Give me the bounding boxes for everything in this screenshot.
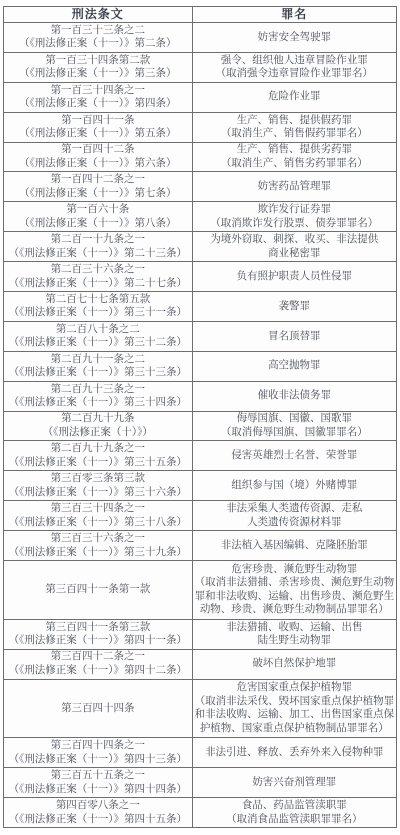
cell-line: 非法猎捕、收购、运输、出售 [195, 621, 394, 635]
crime-name-cell: 催收非法债务罪 [192, 381, 396, 411]
cell-line: （取消非法猎捕、杀害珍贵、濒危野生动物 [195, 576, 394, 590]
crime-name-cell: 生产、销售、提供假药罪（取消生产、销售假药罪罪名） [192, 112, 396, 142]
table-row: 第二百七十七条第五款（《刑法修正案（十一）》第三十一条）袭警罪 [4, 292, 397, 322]
crime-name-cell: 非法猎捕、收购、运输、出售陆生野生动物罪 [192, 619, 396, 649]
table-row: 第三百五十五条之一（《刑法修正案（十一）》第四十四条）妨害兴奋剂管理罪 [4, 768, 397, 798]
law-article-cell: 第三百四十四条之一（《刑法修正案（十一）》第四十三条） [4, 738, 193, 768]
table-row: 第三百四十一条第一款危害珍贵、濒危野生动物罪（取消非法猎捕、杀害珍贵、濒危野生动… [4, 561, 397, 620]
law-article-cell: 第三百三十六条之一（《刑法修正案（十一）》第三十九条） [4, 531, 193, 561]
table-row: 第二百八十条之二（《刑法修正案（十一）》第三十二条）冒名顶替罪 [4, 321, 397, 351]
cell-line: 非法采集人类遗传资源、走私 [195, 502, 394, 516]
cell-line: 第一百四十二条 [6, 143, 190, 157]
table-row: 第二百九十一条之二（《刑法修正案（十一）》第三十三条）高空抛物罪 [4, 351, 397, 381]
law-article-cell: 第二百一十九条之一（《刑法修正案（十一）》第二十三条） [4, 232, 193, 262]
table-row: 第一百四十二条（《刑法修正案（十一）》第六条）生产、销售、提供劣药罪（取消生产、… [4, 142, 397, 172]
crime-name-cell: 高空抛物罪 [192, 351, 396, 381]
cell-line: 妨害安全驾驶罪 [195, 31, 394, 45]
cell-line: （《刑法修正案（十一）》第四条） [6, 97, 190, 111]
cell-line: 第一百四十二条之一 [6, 173, 190, 187]
table-row: 第二百九十九条（《刑法修正案（十）》）侮辱国旗、国徽、国歌罪（取消侮辱国旗、国徽… [4, 411, 397, 441]
law-article-cell: 第三百零三条第三款（《刑法修正案（十一）》第三十六条） [4, 471, 193, 501]
cell-line: 第三百四十二条之一 [6, 650, 190, 664]
cell-line: 侵害英雄烈士名誉、荣誉罪 [195, 449, 394, 463]
table-row: 第三百四十二条之一（《刑法修正案（十一）》第四十二条）破坏自然保护地罪 [4, 649, 397, 679]
table-row: 第二百三十六条之一（《刑法修正案（十一）》第二十七条）负有照护职责人员性侵罪 [4, 262, 397, 292]
cell-line: 第一百三十三条之二 [6, 24, 190, 38]
law-article-cell: 第二百九十三条之一（《刑法修正案（十一）》第三十四条） [4, 381, 193, 411]
cell-line: 危害珍贵、濒危野生动物罪 [195, 563, 394, 577]
crime-name-cell: 组织参与国（境）外赌博罪 [192, 471, 396, 501]
cell-line: （《刑法修正案（十一）》第三十六条） [6, 486, 190, 500]
law-article-cell: 第三百三十四条之一（《刑法修正案（十一）》第三十八条） [4, 501, 193, 531]
cell-line: （取消侮辱国旗、国徽罪罪名） [195, 426, 394, 440]
table-row: 第一百四十二条之一（《刑法修正案（十一）》第七条）妨害药品管理罪 [4, 172, 397, 202]
table-row: 第三百四十四条危害国家重点保护植物罪（取消非法采伐、毁坏国家重点保护植物罪和非法… [4, 679, 397, 738]
law-article-cell: 第一百四十一条（《刑法修正案（十一）》第五条） [4, 112, 193, 142]
cell-line: 危害国家重点保护植物罪 [195, 681, 394, 695]
cell-line: 第二百九十九条之一 [6, 442, 190, 456]
cell-line: 第三百五十五条之一 [6, 769, 190, 783]
crime-name-cell: 袭警罪 [192, 292, 396, 322]
cell-line: （《刑法修正案（十一）》第三十五条） [6, 456, 190, 470]
cell-line: （《刑法修正案（十一）》第三十一条） [6, 306, 190, 320]
cell-line: 人类遗传资源材料罪 [195, 516, 394, 530]
cell-line: （《刑法修正案（十一）》第四十一条） [6, 634, 190, 648]
law-article-cell: 第四百零八条之一（《刑法修正案（十一）》第四十五条） [4, 798, 193, 828]
cell-line: （《刑法修正案（十一）》第二十三条） [6, 247, 190, 261]
cell-line: 非法引进、释放、丢弃外来入侵物种罪 [195, 746, 394, 760]
cell-line: 冒名顶替罪 [195, 330, 394, 344]
law-article-cell: 第一百三十四条之一（《刑法修正案（十一）》第四条） [4, 82, 193, 112]
crime-name-cell: 非法引进、释放、丢弃外来入侵物种罪 [192, 738, 396, 768]
cell-line: 第二百八十条之二 [6, 323, 190, 337]
cell-line: 破坏自然保护地罪 [195, 657, 394, 671]
cell-line: （《刑法修正案（十一）》第六条） [6, 157, 190, 171]
cell-line: 危险作业罪 [195, 90, 394, 104]
page: 刑法条文 罪名 第一百三十三条之二（《刑法修正案（十一）》第二条）妨害安全驾驶罪… [0, 0, 400, 835]
table-row: 第一百三十三条之二（《刑法修正案（十一）》第二条）妨害安全驾驶罪 [4, 23, 397, 53]
law-article-cell: 第一百四十二条（《刑法修正案（十一）》第六条） [4, 142, 193, 172]
cell-line: 第二百一十九条之一 [6, 233, 190, 247]
crime-name-cell: 生产、销售、提供劣药罪（取消生产、销售劣药罪罪名） [192, 142, 396, 172]
crime-name-cell: 侮辱国旗、国徽、国歌罪（取消侮辱国旗、国徽罪罪名） [192, 411, 396, 441]
cell-line: 食品、药品监管渎职罪 [195, 799, 394, 813]
cell-line: （取消欺诈发行股票、债券罪罪名） [195, 217, 394, 231]
cell-line: 第三百三十四条之一 [6, 502, 190, 516]
crime-name-cell: 危险作业罪 [192, 82, 396, 112]
cell-line: （《刑法修正案（十一）》第二十七条） [6, 277, 190, 291]
crime-name-cell: 为境外窃取、刺探、收买、非法提供商业秘密罪 [192, 232, 396, 262]
cell-line: 第一百四十一条 [6, 114, 190, 128]
cell-line: 第二百九十三条之一 [6, 383, 190, 397]
cell-line: （《刑法修正案（十一）》第四十五条） [6, 813, 190, 827]
crime-name-cell: 食品、药品监管渎职罪（取消食品监管渎职罪罪名） [192, 798, 396, 828]
crime-name-cell: 非法植入基因编辑、克隆胚胎罪 [192, 531, 396, 561]
crime-name-cell: 危害珍贵、濒危野生动物罪（取消非法猎捕、杀害珍贵、濒危野生动物罪和非法收购、运输… [192, 561, 396, 620]
crime-name-cell: 强令、组织他人违章冒险作业罪（取消强令违章冒险作业罪罪名） [192, 52, 396, 82]
cell-line: 动物、珍贵、濒危野生动物制品罪罪名） [195, 603, 394, 617]
cell-line: 第三百零三条第三款 [6, 472, 190, 486]
law-article-cell: 第二百七十七条第五款（《刑法修正案（十一）》第三十一条） [4, 292, 193, 322]
cell-line: 欺诈发行证券罪 [195, 203, 394, 217]
cell-line: （《刑法修正案（十一）》第二条） [6, 37, 190, 51]
cell-line: （《刑法修正案（十一）》第三十四条） [6, 396, 190, 410]
law-article-cell: 第三百四十一条第三款（《刑法修正案（十一）》第四十一条） [4, 619, 193, 649]
cell-line: 和非法收购、运输、加工、出售国家重点保 [195, 708, 394, 722]
cell-line: 第三百四十四条之一 [6, 739, 190, 753]
cell-line: （《刑法修正案（十一）》第三十三条） [6, 366, 190, 380]
law-article-cell: 第一百三十三条之二（《刑法修正案（十一）》第二条） [4, 23, 193, 53]
column-header-crime-name: 罪名 [192, 7, 396, 23]
cell-line: （《刑法修正案（十一）》第四十二条） [6, 664, 190, 678]
cell-line: 为境外窃取、刺探、收买、非法提供 [195, 233, 394, 247]
cell-line: 陆生野生动物罪 [195, 634, 394, 648]
cell-line: 生产、销售、提供劣药罪 [195, 143, 394, 157]
cell-line: 强令、组织他人违章冒险作业罪 [195, 54, 394, 68]
table-row: 第四百零八条之一（《刑法修正案（十一）》第四十五条）食品、药品监管渎职罪（取消食… [4, 798, 397, 828]
cell-line: 第三百四十一条第三款 [6, 621, 190, 635]
table-row: 第二百九十三条之一（《刑法修正案（十一）》第三十四条）催收非法债务罪 [4, 381, 397, 411]
table-row: 第三百四十一条第三款（《刑法修正案（十一）》第四十一条）非法猎捕、收购、运输、出… [4, 619, 397, 649]
cell-line: 第一百三十四条之一 [6, 84, 190, 98]
cell-line: 第三百三十六条之一 [6, 532, 190, 546]
table-row: 第二百一十九条之一（《刑法修正案（十一）》第二十三条）为境外窃取、刺探、收买、非… [4, 232, 397, 262]
law-article-cell: 第二百九十九条（《刑法修正案（十）》） [4, 411, 193, 441]
cell-line: 非法植入基因编辑、克隆胚胎罪 [195, 539, 394, 553]
cell-line: （《刑法修正案（十）》） [6, 426, 190, 440]
cell-line: （《刑法修正案（十一）》第三十八条） [6, 516, 190, 530]
cell-line: （《刑法修正案（十一）》第三十二条） [6, 336, 190, 350]
crime-name-cell: 妨害药品管理罪 [192, 172, 396, 202]
law-article-cell: 第二百三十六条之一（《刑法修正案（十一）》第二十七条） [4, 262, 193, 292]
cell-line: （《刑法修正案（十一）》第四十四条） [6, 783, 190, 797]
law-article-cell: 第二百九十九条之一（《刑法修正案（十一）》第三十五条） [4, 441, 193, 471]
cell-line: 催收非法债务罪 [195, 389, 394, 403]
table-body: 第一百三十三条之二（《刑法修正案（十一）》第二条）妨害安全驾驶罪第一百三十四条第… [4, 23, 397, 828]
cell-line: （《刑法修正案（十一）》第三十九条） [6, 546, 190, 560]
cell-line: （取消强令违章冒险作业罪罪名） [195, 67, 394, 81]
law-article-cell: 第三百五十五条之一（《刑法修正案（十一）》第四十四条） [4, 768, 193, 798]
cell-line: 护植物、国家重点保护植物制品罪罪名） [195, 722, 394, 736]
law-article-cell: 第三百四十一条第一款 [4, 561, 193, 620]
column-header-law-article: 刑法条文 [4, 7, 193, 23]
cell-line: 生产、销售、提供假药罪 [195, 114, 394, 128]
cell-line: 第一百三十四条第二款 [6, 54, 190, 68]
table-row: 第一百三十四条之一（《刑法修正案（十一）》第四条）危险作业罪 [4, 82, 397, 112]
cell-line: 第三百四十四条 [6, 702, 190, 716]
cell-line: （《刑法修正案（十一）》第四十三条） [6, 753, 190, 767]
cell-line: 第二百七十七条第五款 [6, 293, 190, 307]
cell-line: （《刑法修正案（十一）》第五条） [6, 127, 190, 141]
table-row: 第三百零三条第三款（《刑法修正案（十一）》第三十六条）组织参与国（境）外赌博罪 [4, 471, 397, 501]
law-article-cell: 第三百四十二条之一（《刑法修正案（十一）》第四十二条） [4, 649, 193, 679]
crime-name-cell: 破坏自然保护地罪 [192, 649, 396, 679]
table-row: 第一百四十一条（《刑法修正案（十一）》第五条）生产、销售、提供假药罪（取消生产、… [4, 112, 397, 142]
law-article-cell: 第一百六十条（《刑法修正案（十一）》第八条） [4, 202, 193, 232]
cell-line: 妨害药品管理罪 [195, 180, 394, 194]
cell-line: 高空抛物罪 [195, 359, 394, 373]
crime-name-cell: 欺诈发行证券罪（取消欺诈发行股票、债券罪罪名） [192, 202, 396, 232]
cell-line: 袭警罪 [195, 300, 394, 314]
cell-line: 第三百四十一条第一款 [6, 583, 190, 597]
table-row: 第三百三十六条之一（《刑法修正案（十一）》第三十九条）非法植入基因编辑、克隆胚胎… [4, 531, 397, 561]
law-article-cell: 第二百八十条之二（《刑法修正案（十一）》第三十二条） [4, 321, 193, 351]
cell-line: 商业秘密罪 [195, 247, 394, 261]
crime-name-cell: 妨害兴奋剂管理罪 [192, 768, 396, 798]
cell-line: 侮辱国旗、国徽、国歌罪 [195, 412, 394, 426]
law-article-cell: 第一百三十四条第二款（《刑法修正案（十一）》第三条） [4, 52, 193, 82]
cell-line: 第二百三十六条之一 [6, 263, 190, 277]
crime-name-cell: 负有照护职责人员性侵罪 [192, 262, 396, 292]
law-article-cell: 第一百四十二条之一（《刑法修正案（十一）》第七条） [4, 172, 193, 202]
table-row: 第一百六十条（《刑法修正案（十一）》第八条）欺诈发行证券罪（取消欺诈发行股票、债… [4, 202, 397, 232]
cell-line: 罪和非法收购、运输、出售珍贵、濒危野生 [195, 590, 394, 604]
cell-line: （《刑法修正案（十一）》第三条） [6, 67, 190, 81]
cell-line: （《刑法修正案（十一）》第八条） [6, 217, 190, 231]
cell-line: 第四百零八条之一 [6, 799, 190, 813]
table-row: 第二百九十九条之一（《刑法修正案（十一）》第三十五条）侵害英雄烈士名誉、荣誉罪 [4, 441, 397, 471]
table-row: 第三百四十四条之一（《刑法修正案（十一）》第四十三条）非法引进、释放、丢弃外来入… [4, 738, 397, 768]
table-row: 第一百三十四条第二款（《刑法修正案（十一）》第三条）强令、组织他人违章冒险作业罪… [4, 52, 397, 82]
cell-line: 妨害兴奋剂管理罪 [195, 776, 394, 790]
law-articles-table: 刑法条文 罪名 第一百三十三条之二（《刑法修正案（十一）》第二条）妨害安全驾驶罪… [3, 6, 397, 828]
cell-line: 第二百九十九条 [6, 412, 190, 426]
crime-name-cell: 妨害安全驾驶罪 [192, 23, 396, 53]
crime-name-cell: 非法采集人类遗传资源、走私人类遗传资源材料罪 [192, 501, 396, 531]
cell-line: （取消非法采伐、毁坏国家重点保护植物罪 [195, 695, 394, 709]
crime-name-cell: 冒名顶替罪 [192, 321, 396, 351]
crime-name-cell: 侵害英雄烈士名誉、荣誉罪 [192, 441, 396, 471]
cell-line: 组织参与国（境）外赌博罪 [195, 479, 394, 493]
cell-line: （《刑法修正案（十一）》第七条） [6, 187, 190, 201]
cell-line: （取消食品监管渎职罪罪名） [195, 813, 394, 827]
law-article-cell: 第三百四十四条 [4, 679, 193, 738]
cell-line: （取消生产、销售假药罪罪名） [195, 127, 394, 141]
header-row: 刑法条文 罪名 [4, 7, 397, 23]
cell-line: 负有照护职责人员性侵罪 [195, 270, 394, 284]
cell-line: 第一百六十条 [6, 203, 190, 217]
cell-line: （取消生产、销售劣药罪罪名） [195, 157, 394, 171]
cell-line: 第二百九十一条之二 [6, 353, 190, 367]
law-article-cell: 第二百九十一条之二（《刑法修正案（十一）》第三十三条） [4, 351, 193, 381]
crime-name-cell: 危害国家重点保护植物罪（取消非法采伐、毁坏国家重点保护植物罪和非法收购、运输、加… [192, 679, 396, 738]
table-row: 第三百三十四条之一（《刑法修正案（十一）》第三十八条）非法采集人类遗传资源、走私… [4, 501, 397, 531]
